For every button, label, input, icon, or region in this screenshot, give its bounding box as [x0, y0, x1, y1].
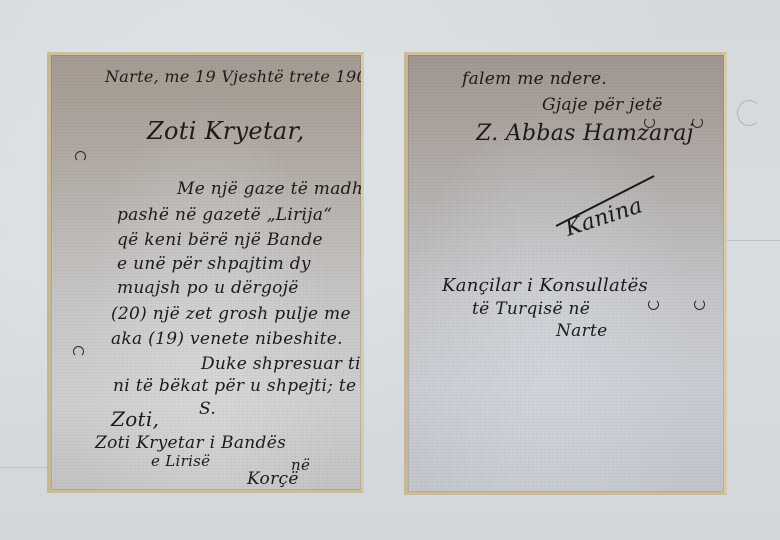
letter-footer-line: Korçë	[247, 469, 299, 489]
mat-ring-mark	[737, 100, 761, 126]
letter-line: Z. Abbas Hamzaraj	[476, 121, 694, 146]
letter-body-line: Duke shpresuar ti mi-	[201, 354, 364, 374]
letter-dateline: Narte, me 19 Vjeshtë trete 1908	[105, 67, 364, 86]
letter-body-line: (20) një zet grosh pulje me	[111, 304, 351, 324]
letter-body-line: aka (19) venete nibeshite.	[111, 329, 343, 349]
letter-body-line: që keni bërë një Bande	[117, 230, 323, 250]
punch-hole-mark	[648, 299, 659, 310]
letter-page-left: Narte, me 19 Vjeshtë trete 1908 Zoti Kry…	[47, 52, 364, 493]
letter-page-right: falem me ndere. Gjaje për jetë Z. Abbas …	[404, 52, 727, 495]
letter-body-line: Me një gaze të madh	[177, 179, 363, 199]
letter-line: Gjaje për jetë	[542, 95, 663, 115]
letter-body-line: ni të bëkat për u shpejti; te	[113, 376, 356, 396]
address-line: Narte	[556, 321, 608, 341]
punch-hole-mark	[73, 346, 84, 357]
letter-footer-line: Zoti Kryetar i Bandës	[95, 433, 286, 453]
letter-footer-line: e Lirisë	[151, 452, 210, 470]
mat-seam	[727, 240, 780, 241]
letter-line: falem me ndere.	[462, 69, 607, 89]
punch-hole-mark	[75, 151, 86, 162]
letter-salutation: Zoti Kryetar,	[147, 117, 305, 145]
letter-body-line: muajsh po u dërgojë	[117, 278, 299, 298]
letter-body-line: e unë për shpajtim dy	[117, 254, 311, 274]
punch-hole-mark	[694, 299, 705, 310]
letter-body-line: pashë në gazetë „Lirija“	[117, 205, 332, 225]
address-line: Kançilar i Konsullatës	[442, 275, 648, 296]
letter-closing-mark: S.	[199, 399, 216, 419]
mat-seam	[0, 467, 47, 468]
address-line: të Turqisë në	[472, 299, 590, 319]
letter-footer-line: Zoti,	[111, 407, 159, 431]
